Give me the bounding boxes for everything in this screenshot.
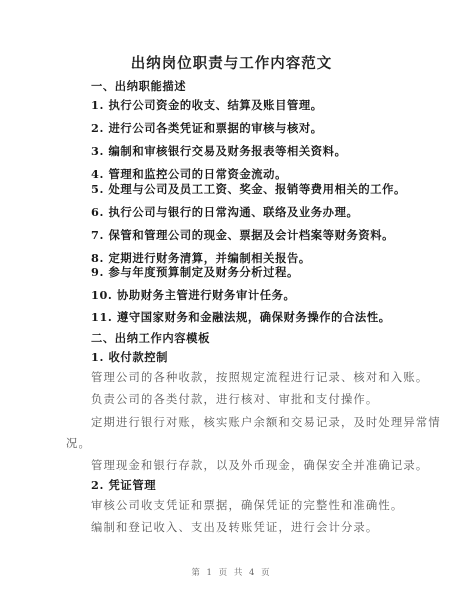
list-item: 10. 协助财务主管进行财务审计任务。 [91,287,295,303]
paragraph: 管理公司的各种收款，按照规定流程进行记录、核对和入账。 [91,369,428,385]
paragraph-continuation: 况。 [66,435,91,451]
list-item: 3. 编制和审核银行交易及财务报表等相关资料。 [91,143,346,159]
paragraph: 管理现金和银行存款，以及外币现金，确保安全并准确记录。 [91,457,428,473]
document-title: 出纳岗位职责与工作内容范文 [0,52,463,73]
list-item: 1. 执行公司资金的收支、结算及账目管理。 [91,97,323,113]
list-item: 11. 遵守国家财务和金融法规，确保财务操作的合法性。 [91,309,391,325]
list-item: 6. 执行公司与银行的日常沟通、联络及业务办理。 [91,204,358,220]
document-page: 出纳岗位职责与工作内容范文 一、出纳职能描述 1. 执行公司资金的收支、结算及账… [0,0,463,600]
subsection-heading: 2. 凭证管理 [91,477,156,493]
paragraph: 负责公司的各类付款，进行核对、审批和支付操作。 [91,391,378,407]
section-heading-1: 一、出纳职能描述 [91,78,186,94]
paragraph: 定期进行银行对账，核实账户余额和交易记录，及时处理异常情 [91,414,441,430]
subsection-heading: 1. 收付款控制 [91,349,168,365]
paragraph: 审核公司收支凭证和票据，确保凭证的完整性和准确性。 [91,497,403,513]
list-item: 4. 管理和监控公司的日常资金流动。 [91,166,287,182]
section-heading-2: 二、出纳工作内容模板 [91,330,210,346]
paragraph: 编制和登记收入、支出及转账凭证，进行会计分录。 [91,519,378,535]
page-number-footer: 第 1 页 共 4 页 [0,566,463,578]
list-item: 7. 保管和管理公司的现金、票据及会计档案等财务资料。 [91,227,394,243]
list-item: 2. 进行公司各类凭证和票据的审核与核对。 [91,120,323,136]
list-item: 5. 处理与公司及员工工资、奖金、报销等费用相关的工作。 [91,181,406,197]
list-item: 9. 参与年度预算制定及财务分析过程。 [91,264,299,280]
